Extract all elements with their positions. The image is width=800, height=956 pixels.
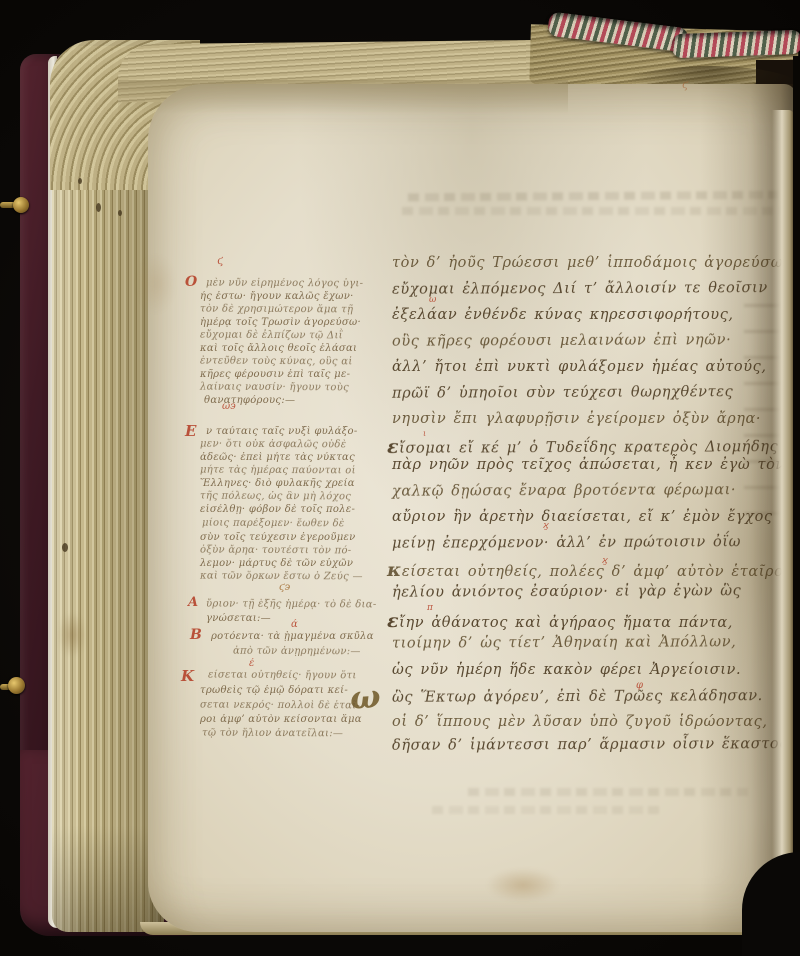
- stain: [486, 868, 560, 902]
- scholion-line: ροι ἀμφ’ αὐτὸν κείσονται ἅμα: [200, 714, 362, 725]
- scholion-line: τρωθεὶς τῷ ἐμῷ δόρατι κεί-: [200, 685, 348, 696]
- scholion-line: μήτε τὰς ἡμέρας παύονται οἱ: [200, 465, 356, 477]
- scholion-line: ἀδεῶς· ἐπεὶ μήτε τὰς νύκτας: [200, 452, 355, 463]
- scholion-line: λαίναις ναυσίν· ἤγουν τοὺς: [200, 382, 349, 394]
- scholion-line: ὔριον· τῇ ἑξῆς ἡμέρᾳ· τὸ δὲ δια-: [206, 599, 377, 611]
- red-mark: έ: [249, 658, 254, 669]
- red-mark: ι: [423, 429, 426, 438]
- rubric-initial: Κ: [181, 667, 194, 685]
- clasp-pin-top-knob: [13, 197, 29, 213]
- scholion-line: εὔχομαι δὲ ἐλπίζων τῷ Διῒ: [200, 330, 343, 342]
- scholion-line: θανατηφόρους:—: [204, 395, 295, 406]
- endband-right: [672, 30, 800, 59]
- scholion-line: εἰσέλθῃ· φόβον δὲ τοῖς πολε-: [200, 504, 355, 515]
- red-mark: ϛ϶: [279, 582, 290, 593]
- rubric-initial: Ο: [185, 274, 197, 290]
- verse-line: χαλκῷ δῃώσας ἔναρα βροτόεντα φέρωμαι·: [392, 482, 736, 500]
- scholion-line: ής ἐστω· ἤγουν καλῶς ἔχων·: [200, 291, 354, 302]
- scholion-line: ν ταύταις ταῖς νυξὶ φυλάξο-: [206, 426, 358, 437]
- scholion-line: λεμον· μάρτυς δὲ τῶν εὐχῶν: [200, 558, 353, 569]
- scholion-line: τὸν δὲ χρησιμώτερον ἅμα τῇ: [200, 304, 353, 316]
- red-mark: ά: [291, 619, 298, 630]
- scholion-line: ἡμέρᾳ τοῖς Τρωσὶν ἀγορεύσω·: [200, 317, 361, 328]
- scholion-line: τῷ τὸν ἥλιον ἀνατεῖλαι:—: [202, 728, 343, 740]
- scholion-line: ὀξὺν ἄρηα· τουτέστι τὸν πό-: [200, 545, 352, 557]
- scholion-line: μὲν νῦν εἰρημένος λόγος ὑγι-: [206, 278, 363, 290]
- folio-number: ϛ: [682, 78, 688, 91]
- scholion-line: γνώσεται:—: [206, 613, 271, 624]
- scholion-line: σεται νεκρός· πολλοὶ δὲ ἑταῖ-: [200, 700, 360, 712]
- scholion-line: ἐντεῦθεν τοὺς κύνας, οὓς αἱ: [200, 356, 353, 368]
- leaf-speck: [96, 203, 101, 212]
- stain: [136, 254, 176, 314]
- top-edge-blend: [118, 80, 568, 114]
- scholion-line: σὺν τοῖς τεύχεσιν ἐγεροῦμεν: [200, 532, 356, 543]
- verse-line: ἠελίου ἀνιόντος ἐσαύριον· εἰ γὰρ ἐγὼν ὣς: [392, 583, 741, 601]
- verse-line: πρῶϊ δ’ ὑπηοῖοι σὺν τεύχεσι θωρηχθέντες: [392, 384, 733, 401]
- verse-line: ἐξελάαν ἐνθένδε κύνας κηρεσσιφορήτους,: [392, 307, 734, 323]
- scholion-line: κῆρες φέρουσιν ἐπὶ ταῖς με-: [200, 369, 350, 380]
- scholion-line: καὶ τοῖς ἄλλοις θεοῖς ἐλάσαι: [200, 343, 357, 354]
- scholion-line: ἀπὸ τῶν ἀνῃρημένων:—: [233, 646, 361, 658]
- scholion-line: ροτόεντα· τὰ ᾑμαγμένα σκῦλα: [211, 631, 374, 642]
- red-mark: ω϶: [222, 401, 236, 412]
- rubric-initial: Ε: [185, 422, 196, 440]
- clasp-pin-bottom-knob: [8, 677, 25, 694]
- stain: [58, 612, 86, 658]
- background-right: [793, 56, 800, 942]
- scholion-line: μίοις παρέξομεν· ἕωθεν δὲ: [202, 518, 345, 530]
- manuscript-photo: ϛ τὸν δ’ ἠοῦς Τρώεσσι μεθ’ ἱπποδάμοις ἀγ…: [0, 0, 800, 956]
- verse-line: οὓς κῆρες φορέουσι μελαινάων ἐπὶ νηῶν·: [392, 332, 731, 349]
- scholion-line: μεν· ὅτι οὐκ ἀσφαλῶς οὐδὲ: [200, 439, 346, 451]
- verse-line: τιοίμην δ’ ὡς τίετ’ Ἀθηναίη καὶ Ἀπόλλων,: [392, 634, 736, 652]
- rubric-initial: Β: [190, 627, 202, 643]
- red-mark: ϗ: [602, 556, 608, 566]
- scholion-line: είσεται οὐτηθείς· ἤγουν ὅτι: [208, 670, 357, 682]
- red-mark: π: [427, 603, 433, 613]
- ghost-text-offset: [432, 806, 660, 814]
- scholion-line: Ἕλληνες· διὸ φυλακῆς χρεία: [200, 478, 355, 489]
- red-mark: ϗ: [543, 521, 549, 531]
- verse-line: εἴην ἀθάνατος καὶ ἀγήραος ἤματα πάντα,: [387, 610, 733, 632]
- scholion-line: τῆς πόλεως, ὡς ἂν μὴ λόχος: [200, 491, 351, 503]
- leaf-speck: [62, 543, 68, 552]
- scholion-line: καὶ τῶν ὅρκων ἔστω ὁ Ζεύς —: [200, 571, 363, 583]
- verse-line: μείνῃ ἐπερχόμενον· ἀλλ’ ἐν πρώτοισιν ὀΐω: [392, 534, 741, 552]
- red-mark: φ: [636, 680, 643, 691]
- red-mark: ω: [429, 295, 436, 305]
- leaf-speck: [78, 178, 82, 184]
- leaf-speck: [118, 210, 122, 216]
- facing-page-edge: [772, 110, 794, 882]
- verse-line: ὡς νῦν ἡμέρη ἥδε κακὸν φέρει Ἀργείοισιν.: [392, 662, 741, 678]
- rubric-initial: Α: [188, 595, 198, 610]
